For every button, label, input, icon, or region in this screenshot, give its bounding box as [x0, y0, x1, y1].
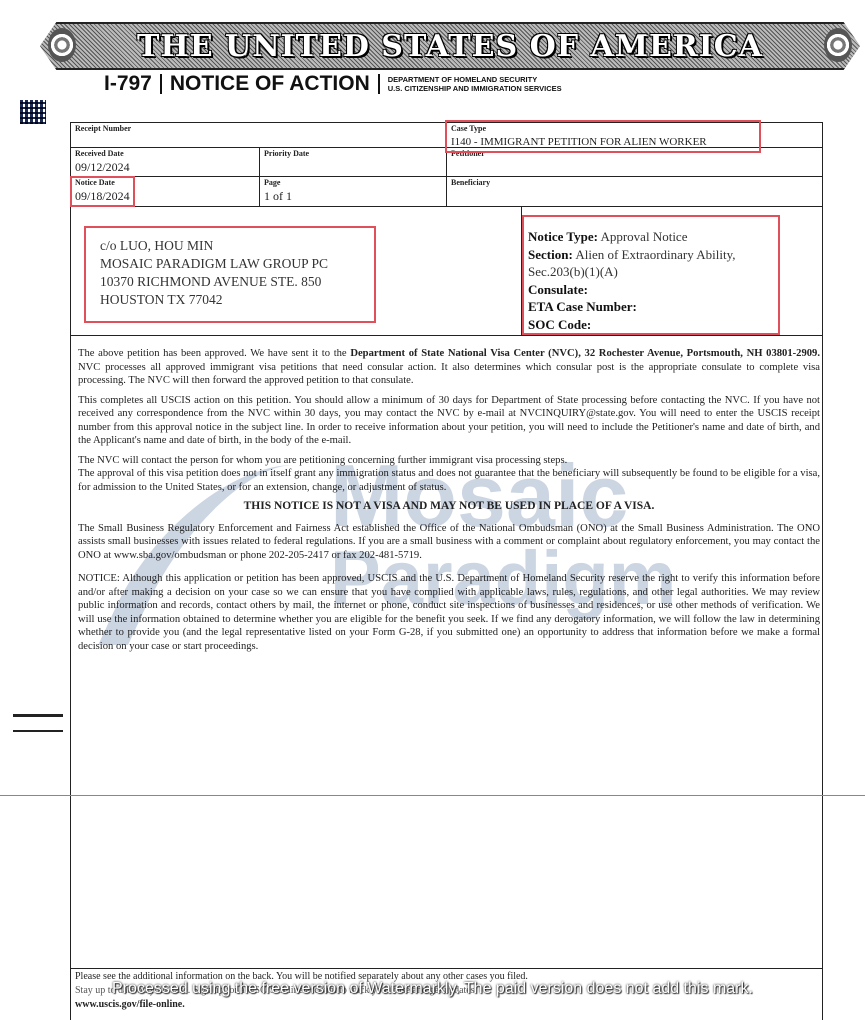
notice-type-label: Notice Type:: [528, 229, 598, 244]
agency-name: DEPARTMENT OF HOMELAND SECURITY U.S. CIT…: [388, 75, 562, 93]
notice-date-value: 09/18/2024: [71, 189, 259, 203]
banner-title: THE UNITED STATES OF AMERICA: [137, 29, 763, 64]
receipt-number-label: Receipt Number: [71, 123, 446, 135]
eta-case-number-label: ETA Case Number:: [528, 299, 637, 314]
watermarkly-notice: Processed using the free version of Wate…: [0, 980, 865, 998]
address-line-3: 10370 RICHMOND AVENUE STE. 850: [100, 273, 328, 291]
soc-code-label: SOC Code:: [528, 317, 591, 332]
scan-line: [0, 795, 865, 796]
address-line-4: HOUSTON TX 77042: [100, 291, 328, 309]
notice-body: The above petition has been approved. We…: [78, 347, 820, 659]
page-label: Page: [260, 177, 446, 189]
rosette-ornament-icon: [824, 28, 852, 62]
paragraph-text: NVC processes all approved immigrant vis…: [78, 362, 820, 387]
form-header: I-797 NOTICE OF ACTION DEPARTMENT OF HOM…: [104, 72, 562, 96]
mailing-address: c/o LUO, HOU MIN MOSAIC PARADIGM LAW GRO…: [100, 237, 328, 309]
paragraph-ombudsman: The Small Business Regulatory Enforcemen…: [78, 522, 820, 563]
section-value: Alien of Extraordinary Ability,: [575, 247, 735, 262]
nvc-address: Department of State National Visa Center…: [350, 348, 820, 359]
uscis-file-online-link[interactable]: www.uscis.gov/file-online.: [75, 998, 820, 1012]
not-a-visa-notice: THIS NOTICE IS NOT A VISA AND MAY NOT BE…: [78, 500, 820, 514]
datamatrix-barcode-icon: [20, 100, 46, 124]
petitioner-cell: Petitioner: [446, 147, 823, 177]
page-cell: Page 1 of 1: [259, 176, 447, 207]
paragraph-nvc-sent: The above petition has been approved. We…: [78, 347, 820, 388]
usa-banner: THE UNITED STATES OF AMERICA: [40, 22, 860, 70]
receipt-number-cell: Receipt Number: [70, 122, 447, 148]
beneficiary-cell: Beneficiary: [446, 176, 823, 207]
form-title: NOTICE OF ACTION: [170, 72, 370, 96]
paragraph-uscis-action-complete: This completes all USCIS action on this …: [78, 394, 820, 448]
notice-info: Notice Type: Approval Notice Section: Al…: [528, 228, 736, 333]
address-line-1: c/o LUO, HOU MIN: [100, 237, 328, 255]
rosette-ornament-icon: [48, 28, 76, 62]
page-value: 1 of 1: [260, 189, 446, 203]
separator: [160, 74, 162, 94]
beneficiary-label: Beneficiary: [447, 177, 822, 189]
received-date-cell: Received Date 09/12/2024: [70, 147, 260, 177]
paragraph-nvc-contact: The NVC will contact the person for whom…: [78, 454, 820, 468]
address-line-2: MOSAIC PARADIGM LAW GROUP PC: [100, 255, 328, 273]
section-value-line-2: Sec.203(b)(1)(A): [528, 263, 736, 281]
paragraph-approval-disclaimer: The approval of this visa petition does …: [78, 467, 820, 494]
priority-date-cell: Priority Date: [259, 147, 447, 177]
agency-line-1: DEPARTMENT OF HOMELAND SECURITY: [388, 75, 537, 84]
paragraph-verification-notice: NOTICE: Although this application or pet…: [78, 572, 820, 653]
case-type-cell: Case Type I140 - IMMIGRANT PETITION FOR …: [446, 122, 823, 148]
case-type-label: Case Type: [447, 123, 822, 135]
petitioner-label: Petitioner: [447, 148, 822, 160]
form-number: I-797: [104, 72, 152, 96]
received-date-label: Received Date: [71, 148, 259, 160]
fold-mark: [13, 730, 63, 732]
notice-date-cell: Notice Date 09/18/2024: [70, 176, 260, 207]
agency-line-2: U.S. CITIZENSHIP AND IMMIGRATION SERVICE…: [388, 84, 562, 93]
notice-date-label: Notice Date: [71, 177, 259, 189]
received-date-value: 09/12/2024: [71, 160, 259, 174]
consulate-label: Consulate:: [528, 282, 588, 297]
fold-mark: [13, 714, 63, 717]
notice-type-value: Approval Notice: [600, 229, 687, 244]
priority-date-label: Priority Date: [260, 148, 446, 160]
paragraph-text: The above petition has been approved. We…: [78, 348, 350, 359]
separator: [378, 74, 380, 94]
section-label: Section:: [528, 247, 573, 262]
